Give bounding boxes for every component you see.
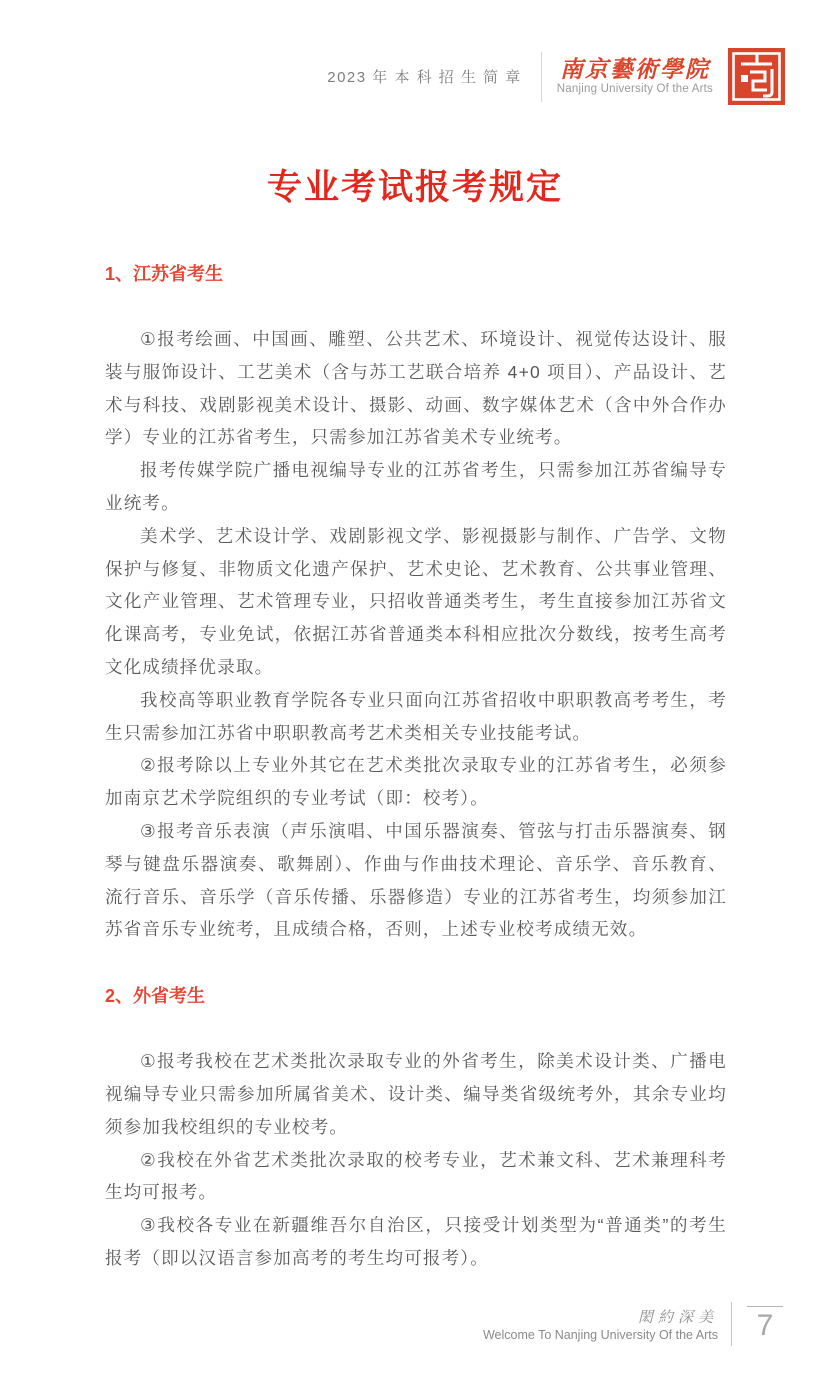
university-logo-cn: 南京藝術學院 (560, 57, 710, 83)
paragraph: 美术学、艺术设计学、戏剧影视文学、影视摄影与制作、广告学、文物保护与修复、非物质… (105, 520, 727, 684)
brochure-title: 2023 年 本 科 招 生 简 章 (327, 66, 526, 87)
welcome-line: Welcome To Nanjing University Of the Art… (483, 1328, 718, 1342)
section-other-province-candidates: 2、外省考生 ①报考我校在艺术类批次录取专业的外省考生，除美术设计类、广播电视编… (105, 984, 727, 1275)
section-heading-other-provinces: 2、外省考生 (105, 984, 727, 1008)
section-jiangsu-candidates: 1、江苏省考生 ①报考绘画、中国画、雕塑、公共艺术、环境设计、视觉传达设计、服装… (105, 262, 727, 946)
paragraph: 报考传媒学院广播电视编导专业的江苏省考生，只需参加江苏省编导专业统考。 (105, 454, 727, 520)
nua-seal-icon (728, 48, 785, 105)
school-motto: 閎約深美 (638, 1306, 718, 1327)
page-number: 7 (757, 1310, 774, 1342)
page-number-block: 7 (745, 1306, 785, 1342)
paragraph: ②报考除以上专业外其它在艺术类批次录取专业的江苏省考生，必须参加南京艺术学院组织… (105, 749, 727, 815)
paragraph: 我校高等职业教育学院各专业只面向江苏省招收中职职教高考考生，考生只需参加江苏省中… (105, 684, 727, 750)
paragraph: ①报考绘画、中国画、雕塑、公共艺术、环境设计、视觉传达设计、服装与服饰设计、工艺… (105, 323, 727, 454)
university-logo: 南京藝術學院 Nanjing University Of the Arts (557, 57, 713, 97)
page-number-rule (747, 1306, 783, 1307)
paragraph: ①报考我校在艺术类批次录取专业的外省考生，除美术设计类、广播电视编导专业只需参加… (105, 1045, 727, 1143)
document-body: 1、江苏省考生 ①报考绘画、中国画、雕塑、公共艺术、环境设计、视觉传达设计、服装… (105, 262, 727, 1275)
page-header: 2023 年 本 科 招 生 简 章 南京藝術學院 Nanjing Univer… (327, 48, 785, 105)
section-heading-jiangsu: 1、江苏省考生 (105, 262, 727, 286)
footer-divider (731, 1302, 732, 1346)
header-divider (541, 52, 542, 102)
paragraph: ③报考音乐表演（声乐演唱、中国乐器演奏、管弦与打击乐器演奏、钢琴与键盘乐器演奏、… (105, 815, 727, 946)
university-logo-en: Nanjing University Of the Arts (557, 83, 713, 96)
document-page: 2023 年 本 科 招 生 简 章 南京藝術學院 Nanjing Univer… (0, 0, 830, 1396)
footer-text: 閎約深美 Welcome To Nanjing University Of th… (483, 1306, 718, 1342)
page-title: 专业考试报考规定 (0, 160, 830, 210)
paragraph: ②我校在外省艺术类批次录取的校考专业，艺术兼文科、艺术兼理科考生均可报考。 (105, 1144, 727, 1210)
page-footer: 閎約深美 Welcome To Nanjing University Of th… (483, 1302, 785, 1346)
paragraph: ③我校各专业在新疆维吾尔自治区，只接受计划类型为“普通类”的考生报考（即以汉语言… (105, 1209, 727, 1275)
